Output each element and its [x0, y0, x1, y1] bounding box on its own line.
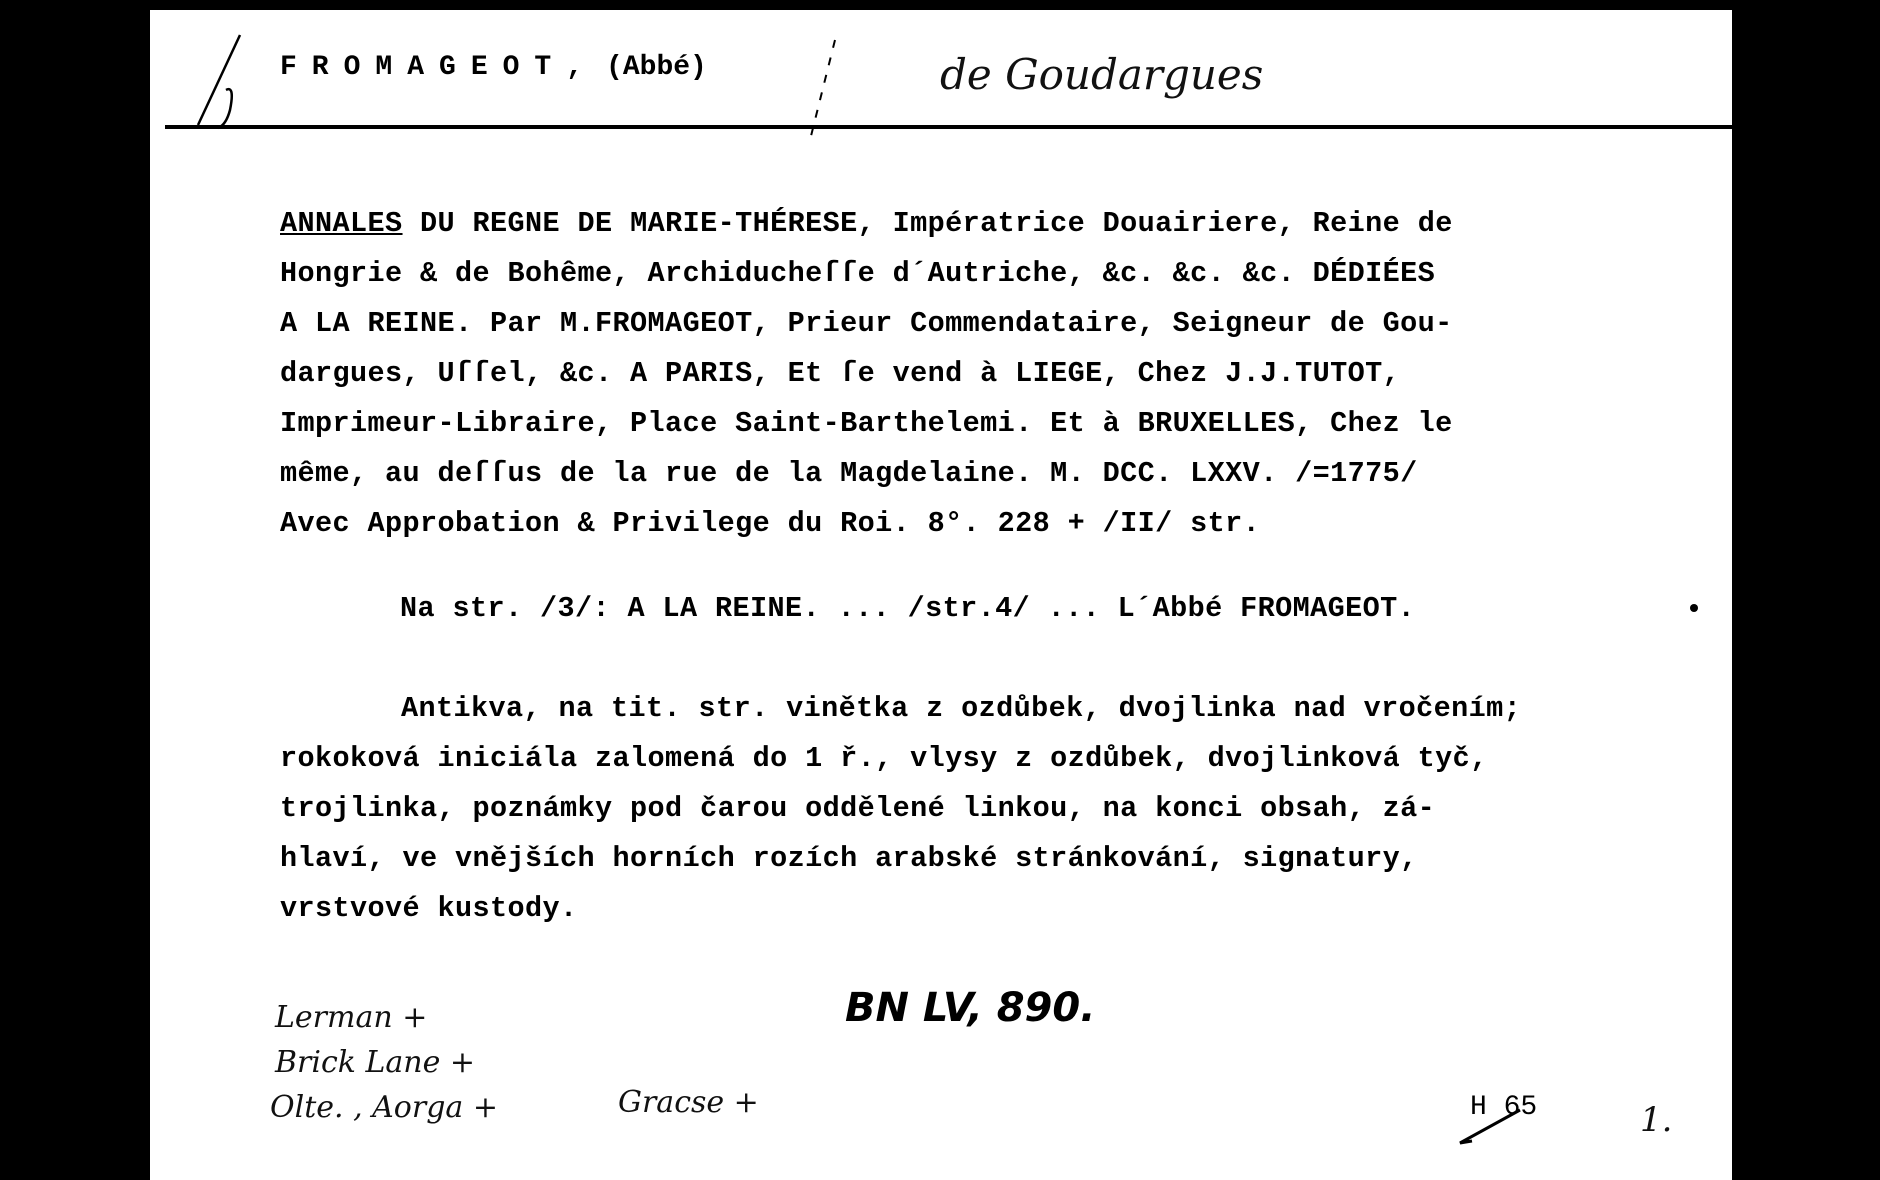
- handwritten-location-2: Brick Lane +: [275, 1045, 475, 1080]
- note-line: Na str. /3/: A LA REINE. ... /str.4/ ...…: [400, 592, 1415, 625]
- citation-line-2: Hongrie & de Bohême, Archiducheſſe d´Aut…: [280, 257, 1435, 290]
- handwritten-location-1: Lerman +: [275, 1000, 427, 1035]
- handwritten-number: 1.: [1640, 1100, 1672, 1140]
- description-line-1: Antikva, na tit. str. vinětka z ozdůbek,…: [331, 692, 1521, 725]
- citation-line-5: Imprimeur-Libraire, Place Saint-Barthele…: [280, 407, 1453, 440]
- citation-line-4: dargues, Uſſel, &c. A PARIS, Et ſe vend …: [280, 357, 1400, 390]
- heading-rule: [165, 125, 1732, 129]
- description-line-3: trojlinka, poznámky pod čarou oddělené l…: [280, 792, 1435, 825]
- handwritten-annotation: de Goudargues: [940, 50, 1263, 99]
- scan-margin: [1732, 0, 1880, 1180]
- description-line-4: hlaví, ve vnějších horních rozích arabsk…: [280, 842, 1418, 875]
- citation-line-7: Avec Approbation & Privilege du Roi. 8°.…: [280, 507, 1260, 540]
- shelfmark-check-stroke: [1450, 1105, 1530, 1155]
- description-line-5: vrstvové kustody.: [280, 892, 578, 925]
- library-stamp: BN LV, 890.: [845, 985, 1095, 1031]
- handwritten-location-3: Olte. , Aorga +: [270, 1090, 498, 1125]
- handwritten-stroke-mark: [790, 30, 850, 150]
- citation-line-6: même, au deſſus de la rue de la Magdelai…: [280, 457, 1418, 490]
- handwritten-mark-h: [190, 30, 250, 130]
- card-heading: FROMAGEOT,(Abbé): [280, 52, 707, 83]
- citation-line-1: ANNALES DU REGNE DE MARIE-THÉRESE, Impér…: [280, 207, 1453, 240]
- handwritten-location-4: Gracse +: [618, 1085, 759, 1120]
- catalog-card: FROMAGEOT,(Abbé) de Goudargues ANNALES D…: [150, 10, 1732, 1180]
- ink-dot: [1690, 604, 1698, 612]
- author-name: FROMAGEOT,: [280, 52, 598, 83]
- description-line-2: rokoková iniciála zalomená do 1 ř., vlys…: [280, 742, 1488, 775]
- citation-line-3: A LA REINE. Par M.FROMAGEOT, Prieur Comm…: [280, 307, 1453, 340]
- author-title: (Abbé): [606, 52, 707, 83]
